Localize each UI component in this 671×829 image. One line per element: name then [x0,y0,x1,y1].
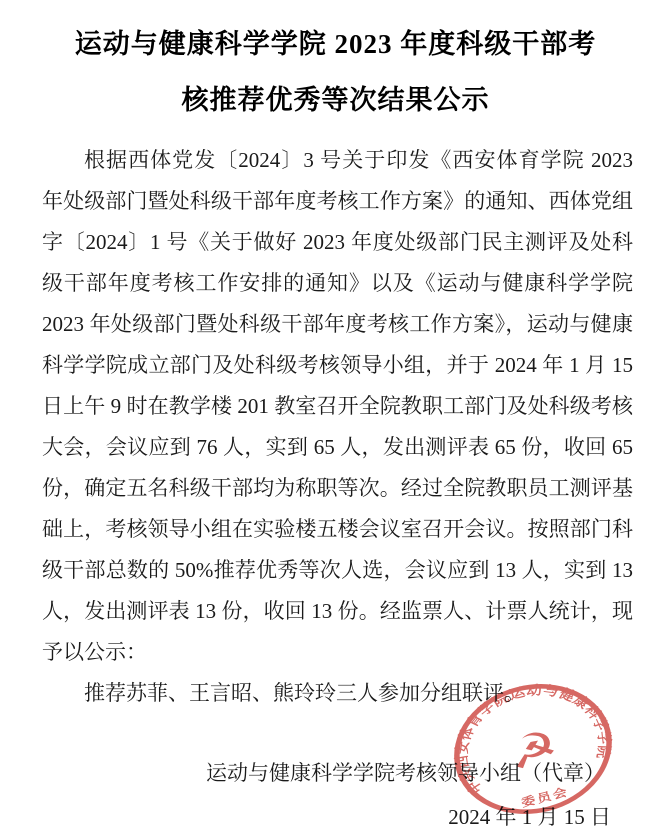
paragraph-recommendation: 推荐苏菲、王言昭、熊玲玲三人参加分组联评。 [42,673,633,714]
title-line-1: 运动与健康科学学院 2023 年度科级干部考 [0,16,671,72]
signature-line: 运动与健康科学学院考核领导小组（代章） [0,758,671,788]
date-line: 2024 年 1 月 15 日 [0,802,671,829]
document-title: 运动与健康科学学院 2023 年度科级干部考 核推荐优秀等次结果公示 [0,0,671,128]
title-line-2: 核推荐优秀等次结果公示 [0,72,671,128]
paragraph-main: 根据西体党发〔2024〕3 号关于印发《西安体育学院 2023 年处级部门暨处科… [42,140,633,673]
document-page: 运动与健康科学学院 2023 年度科级干部考 核推荐优秀等次结果公示 根据西体党… [0,0,671,829]
